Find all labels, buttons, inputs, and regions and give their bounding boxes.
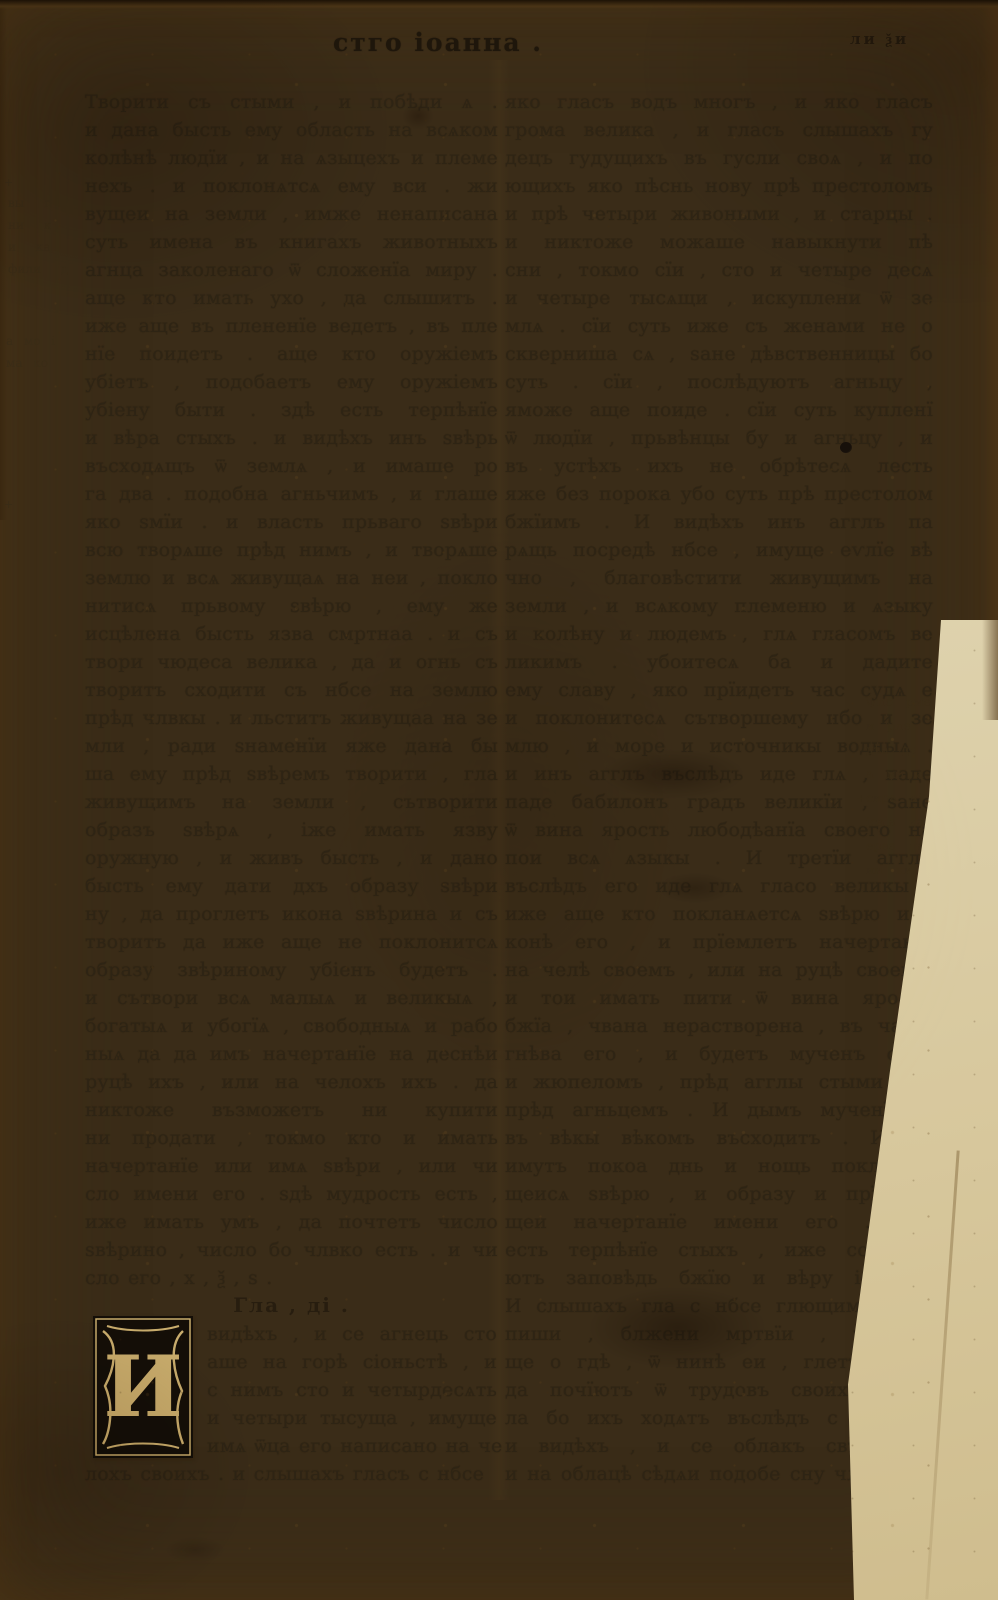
text-line: начертанїе или имѧ ѕвѣри , или чи (85, 1152, 498, 1180)
text-line: чно , благовѣстити живущимъ на (505, 564, 933, 592)
text-line: бысть ему дати дхъ образу ѕвѣри (85, 872, 498, 900)
text-line: скверниша сѧ , ѕане дѣвственницы бо (505, 340, 933, 368)
text-line: гнѣва его , и будетъ мученъ огнѣ (505, 1040, 933, 1068)
text-line: никтоже възможетъ ни купити (85, 1096, 498, 1124)
page-left-edge-shadow (0, 0, 7, 520)
ink-blot (840, 442, 852, 453)
folio-number: ли ѯи (850, 30, 909, 49)
text-line: и сътвори всѧ малыѧ и великыѧ , (85, 984, 498, 1012)
text-line: ша ему прѣд ѕвѣремъ творити , гла (85, 760, 498, 788)
text-line: въ устѣхъ ихъ не обрѣтесѧ лесть (505, 452, 933, 480)
text-line: бжїа , чвана нерастворена , въ чаши (505, 1012, 933, 1040)
text-line: имѧ ѿца его написано на че (207, 1432, 497, 1460)
chapter-heading: Гла , ді . (85, 1291, 498, 1319)
text-line: въсходѧщъ ѿ землѧ , и имаше ро (85, 452, 498, 480)
text-line: Творити съ стыми , и побѣди ѧ . (85, 88, 498, 116)
text-line: и четыре тысѧщи , искуплени ѿ зе (505, 284, 933, 312)
text-line: рѧщь посредѣ нбсе , имуще еѵлїе вѣ (505, 536, 933, 564)
margin-note: ма ко (6, 352, 55, 374)
margin-note: ни к (8, 214, 68, 236)
text-line: земли , и всѧкому племеню и ѧзыку (505, 592, 933, 620)
text-line: мли , ради ѕнаменїи яже дана бы (85, 732, 498, 760)
margin-note: ісаіа ка (866, 810, 931, 834)
text-line: ну , да проглетъ икона ѕвѣрина и съ (85, 900, 498, 928)
margin-note: ѱло рме (866, 690, 931, 714)
margin-note: фили д (8, 258, 68, 280)
text-line: сни , токмо сїи , сто и четыре десѧ (505, 256, 933, 284)
text-line: колѣнѣ людїи , и на ѧзыцехъ и племе (85, 144, 498, 172)
text-line: и никтоже можаше навыкнути пѣ (505, 228, 933, 256)
text-line: ныѧ да да имъ начертанїе на деснѣи (85, 1040, 498, 1068)
margin-note: вы г (8, 192, 68, 214)
text-line: и прѣ четыри живоными , и старцы . (505, 200, 933, 228)
text-line: иже аще кто покланѧетсѧ ѕвѣрю и і (505, 900, 933, 928)
text-line: нїе поидетъ . аще кто оружіемъ (85, 340, 498, 368)
text-line: млѧ . сїи суть иже съ женами не о (505, 312, 933, 340)
margin-notes-left-mid: а мо іма ко (6, 330, 55, 374)
text-line: и четыри тысуща , имуще (207, 1404, 497, 1432)
text-line: яможе аще поиде . сїи суть купленї (505, 396, 933, 424)
text-line: богатыѧ и убогїѧ , свободныѧ и рабо (85, 1012, 498, 1040)
margin-note: а мо і (6, 330, 55, 352)
text-line: творитъ сходити съ нбсе на землю (85, 676, 498, 704)
text-line: образу звѣриному убіенъ будетъ . (85, 956, 498, 984)
drop-cap-initial: И (93, 1316, 193, 1458)
text-column-left-indented: видѣхъ , и се агнець стоаше на горѣ сіон… (207, 1320, 497, 1460)
drop-cap-letter: И (103, 1337, 182, 1436)
text-line: имутъ покоа днь и нощь покланѧю (505, 1152, 933, 1180)
margin-note: сира ні (866, 786, 931, 810)
text-line: сло его , х , ѯ , ѕ . (85, 1264, 498, 1292)
text-line: прѣд члвкы . и льститъ живущаа на зе (85, 704, 498, 732)
page-top-edge (0, 0, 998, 9)
text-line: творитъ да иже аще не поклонитсѧ (85, 928, 498, 956)
text-line: ѿ людїи , прьвѣнцы бу и агньцу , и (505, 424, 933, 452)
cross-mark: + (856, 792, 865, 805)
text-line: убіетъ , подобаетъ ему оружіемъ (85, 368, 498, 396)
text-line: аше на горѣ сіоньстѣ , и (207, 1348, 497, 1376)
text-line: оружную , и живъ бысть , и дано (85, 844, 498, 872)
text-line: всю творѧше прѣд нимъ , и творѧше (85, 536, 498, 564)
text-line: сло имени его . ѕдѣ мудрость есть , (85, 1180, 498, 1208)
text-line: и тои имать пити ѿ вина ярости (505, 984, 933, 1012)
text-line: иже имать умъ , да почтетъ число (85, 1208, 498, 1236)
text-line: ѕвѣрино , число бо члвко есть . и чи (85, 1236, 498, 1264)
text-line: и вѣра стыхъ . и видѣхъ инъ ѕвѣрь (85, 424, 498, 452)
text-line: суть имена въ книгахъ животныхъ (85, 228, 498, 256)
text-line: прѣд агньцемъ . И дымъ мученїа и (505, 1096, 933, 1124)
text-line: ликимъ . убоитесѧ ба и дадите (505, 648, 933, 676)
text-line: агнца заколенаго ѿ сложенїа миру . (85, 256, 498, 284)
text-line: нехъ . и поклонѧтсѧ ему вси . жи (85, 172, 498, 200)
text-line: грома велика , и гласъ слышахъ гу (505, 116, 933, 144)
margin-note: а мо а (866, 762, 931, 786)
page-right-edge-shadow (982, 0, 998, 720)
text-line: твори чюдеса велика , да и огнь съ (85, 648, 498, 676)
text-line: образъ ѕвѣрѧ , іже имать язву (85, 816, 498, 844)
text-line: живущимъ на земли , сътворити (85, 788, 498, 816)
text-line: га два . подобна агньчимъ , и глаше (85, 480, 498, 508)
woodcut-initial-art: И (93, 1316, 193, 1458)
text-line: въ вѣкы вѣкомъ въсходитъ . И не (505, 1124, 933, 1152)
margin-notes-left-top: вы гни ки кафили д (8, 192, 68, 280)
text-line: яже без порока убо суть прѣ престолом (505, 480, 933, 508)
text-line: бжїимъ . И видѣхъ инъ агглъ па (505, 508, 933, 536)
text-line: лохъ своихъ . и слышахъ гласъ с нбсе (85, 1460, 498, 1488)
text-line: вущеи на земли , имже ненаписана (85, 200, 498, 228)
text-line: аще кто имать ухо , да слышитъ . (85, 284, 498, 312)
text-line: ющихъ яко пѣснь нову прѣ престоломъ (505, 172, 933, 200)
manuscript-page: стго іоанна . ли ѯи Творити съ стыми , и… (0, 0, 998, 1600)
text-line: на челѣ своемъ , или на руцѣ своеи , (505, 956, 933, 984)
text-line: землю и всѧ живущаѧ на неи , покло (85, 564, 498, 592)
text-line: и жюпеломъ , прѣд агглы стыми , и (505, 1068, 933, 1096)
text-line: с нимъ сто и четырдесѧть (207, 1376, 497, 1404)
margin-note: и ка (8, 236, 68, 258)
text-line: и дана бысть ему область на всѧком (85, 116, 498, 144)
text-line: исцѣлена бысть язва смртнаа . и съ (85, 620, 498, 648)
text-line: руцѣ ихъ , или на челохъ ихъ . да (85, 1068, 498, 1096)
stain (150, 1530, 240, 1570)
text-line: яко ѕмїи . и власть прьваго ѕвѣри (85, 508, 498, 536)
text-line: и колѣну и людемъ , глѧ гласомъ ве (505, 620, 933, 648)
text-line: нитисѧ прьвому ѕвѣрю , ему же (85, 592, 498, 620)
text-line: яко гласъ водъ многъ , и яко гласъ (505, 88, 933, 116)
text-line: иже аще въ плененїе ведетъ , въ пле (85, 312, 498, 340)
text-line: конѣ его , и прїемлетъ начертанїе (505, 928, 933, 956)
text-line: ни продати , токмо кто и имать (85, 1124, 498, 1152)
text-line: убіену быти . здѣ есть терпѣнїе (85, 396, 498, 424)
margin-note: дѣа де (866, 738, 931, 762)
text-line: щеисѧ ѕвѣрю , и образу и прїемлю (505, 1180, 933, 1208)
text-line: децъ гудущихъ въ гусли своѧ , и по (505, 144, 933, 172)
text-line: видѣхъ , и се агнець сто (207, 1320, 497, 1348)
text-column-left: Творити съ стыми , и побѣди ѧ .и дана бы… (85, 88, 498, 1292)
running-header: стго іоанна . (318, 28, 558, 62)
text-line: суть . сїи , послѣдуютъ агньцу , (505, 368, 933, 396)
margin-note: и рле (866, 714, 931, 738)
